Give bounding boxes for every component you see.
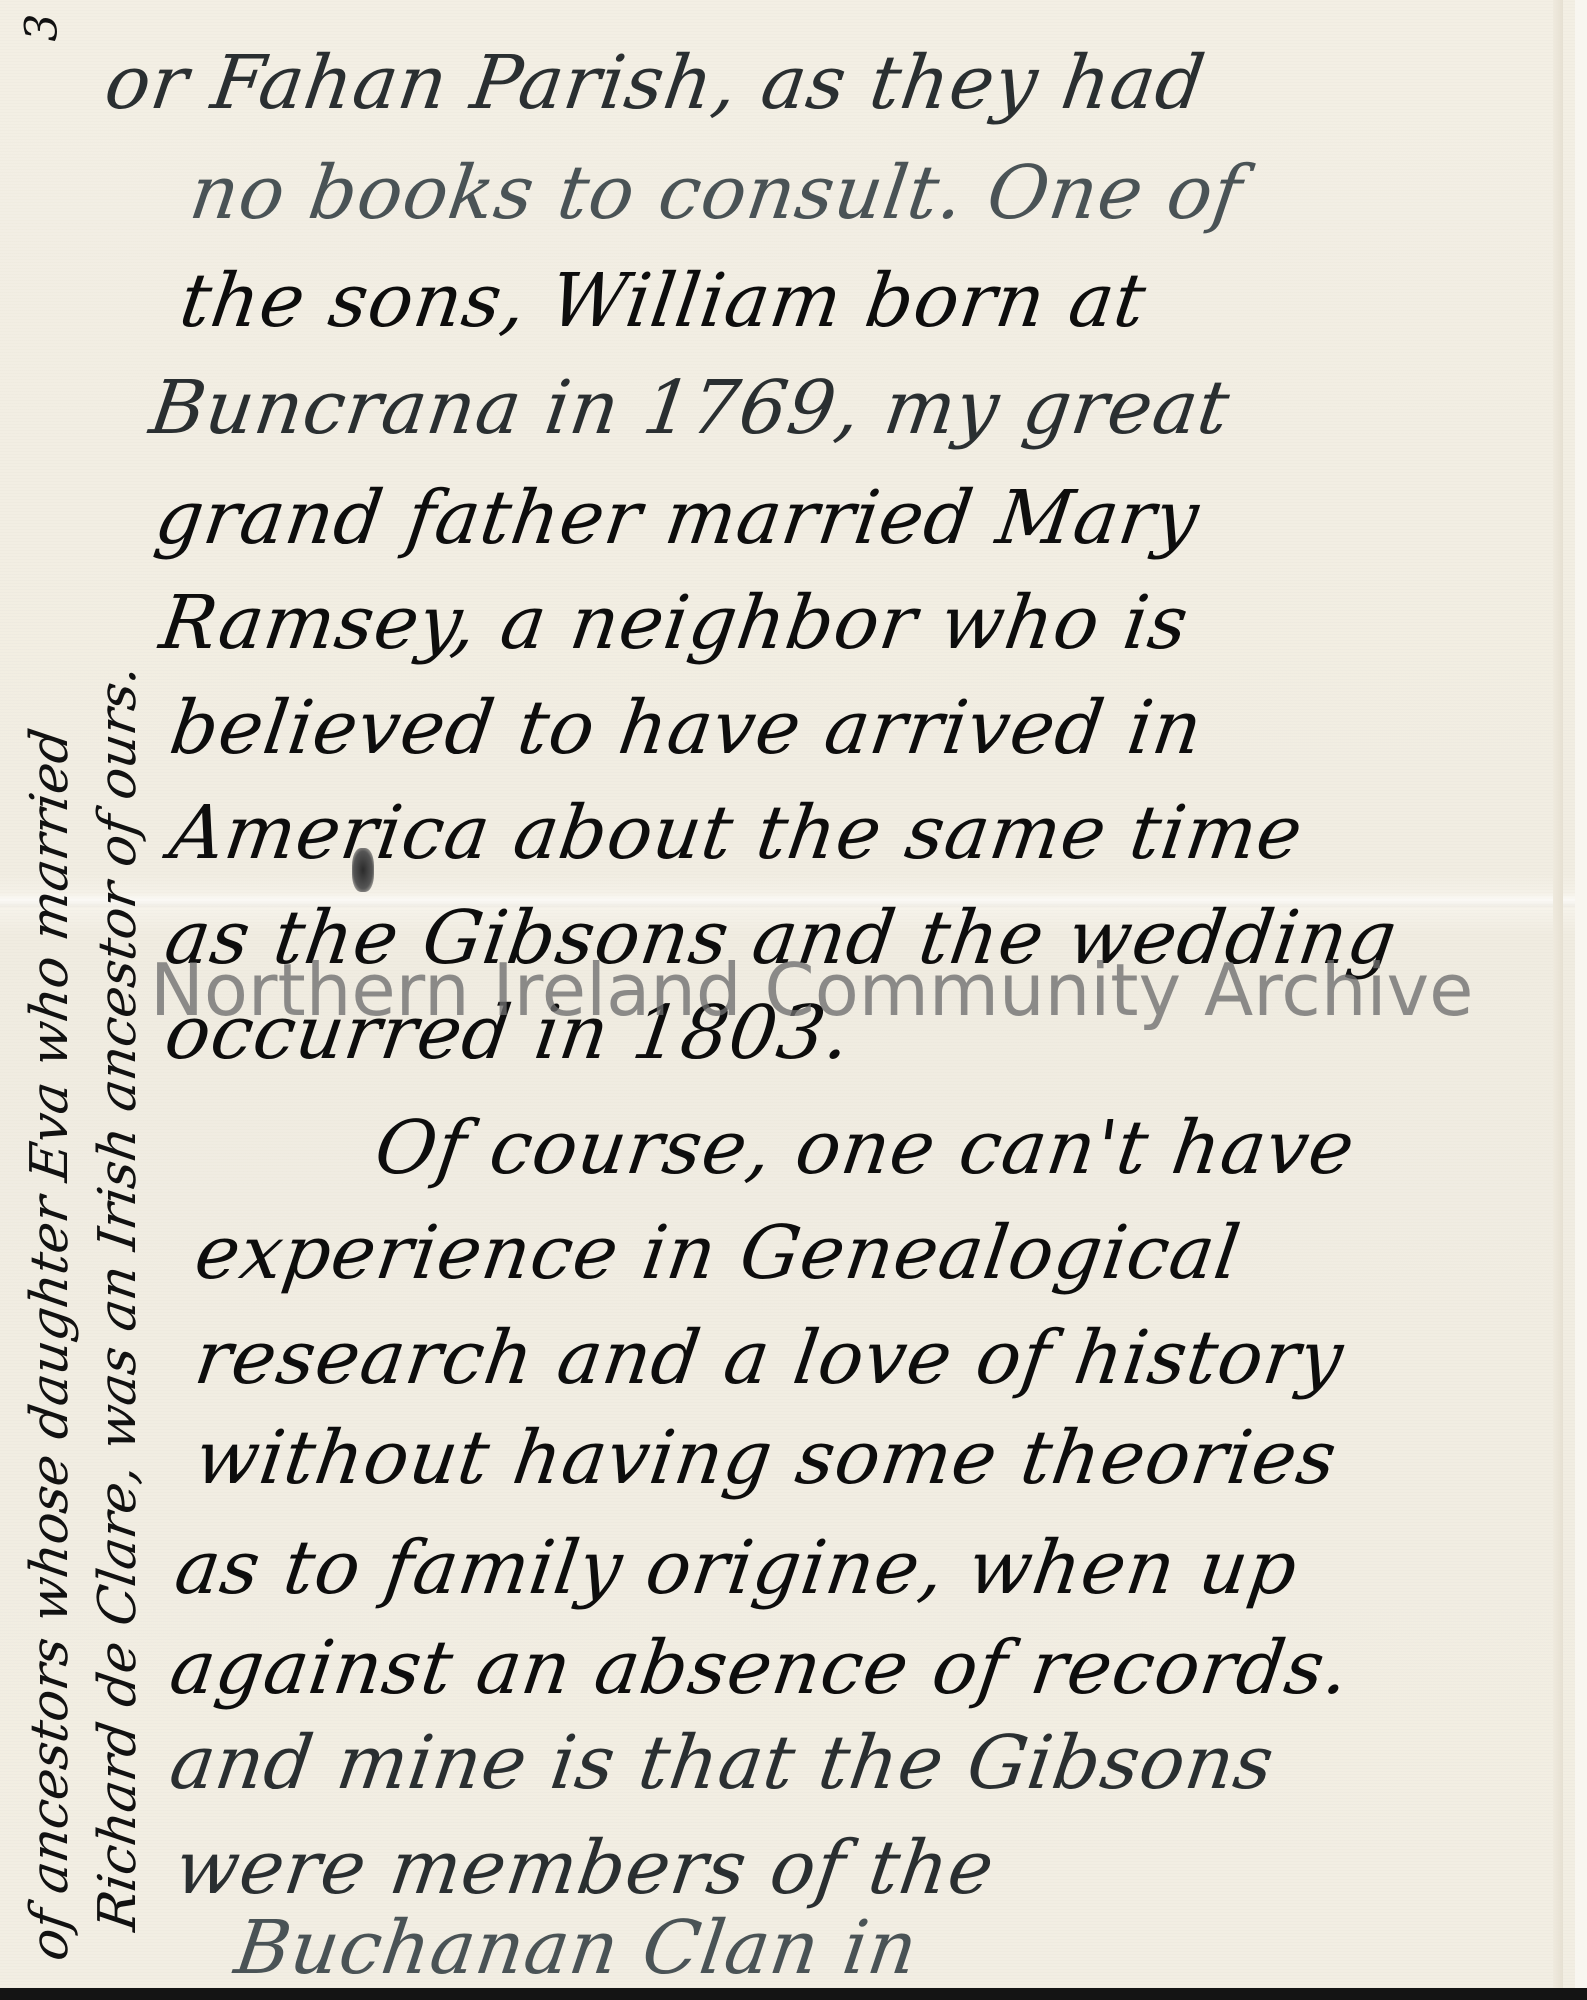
letter-line-19: Buchanan Clan in <box>230 1905 923 1991</box>
letter-line-4: Buncrana in 1769, my great <box>145 365 1235 451</box>
scan-border-right <box>1575 0 1587 2000</box>
letter-line-17: and mine is that the Gibsons <box>165 1720 1280 1806</box>
letter-line-11: Of course, one can't have <box>370 1105 1360 1191</box>
letter-line-16: against an absence of records. <box>165 1625 1355 1711</box>
letter-line-8: America about the same time <box>165 790 1308 876</box>
letter-line-2: no books to consult. One of <box>185 150 1248 236</box>
ink-blot <box>352 848 374 892</box>
letter-line-12: experience in Genealogical <box>190 1210 1246 1296</box>
letter-line-9: as the Gibsons and the wedding <box>160 895 1402 981</box>
letter-line-3: the sons, William born at <box>175 258 1152 344</box>
letter-line-6: Ramsey, a neighbor who is <box>155 580 1194 666</box>
letter-line-5: grand father married Mary <box>150 475 1205 561</box>
scan-border-bottom <box>0 1988 1587 2000</box>
page-right-edge <box>1553 0 1563 1988</box>
letter-line-14: without having some theories <box>190 1415 1342 1501</box>
margin-note-line-1: of ancestors whose daughter Eva who marr… <box>20 725 80 1964</box>
letter-line-18: were members of the <box>170 1825 1000 1911</box>
letter-line-15: as to family origine, when up <box>170 1525 1303 1611</box>
margin-note: of ancestors whose daughter Eva who marr… <box>0 0 160 1990</box>
margin-note-line-2: Richard de Clare, was an Irish ancestor … <box>88 662 148 1934</box>
letter-line-1: or Fahan Parish, as they had <box>100 40 1211 126</box>
letter-line-7: believed to have arrived in <box>165 685 1208 771</box>
letter-line-13: research and a love of history <box>190 1315 1349 1401</box>
letter-line-10: occurred in 1803. <box>160 990 856 1076</box>
letter-page: 3 of ancestors whose daughter Eva who ma… <box>0 0 1575 1988</box>
